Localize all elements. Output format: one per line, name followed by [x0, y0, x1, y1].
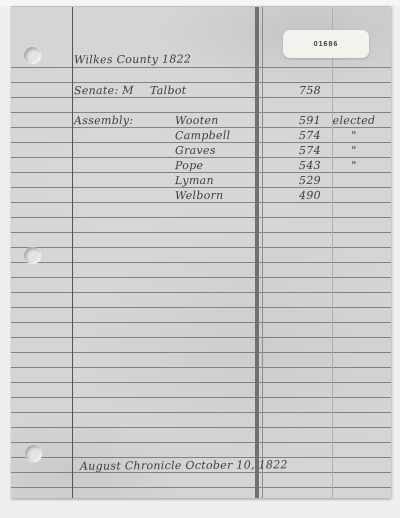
assembly-row: Pope 543 " — [11, 159, 391, 172]
candidate-name: Pope — [175, 159, 203, 172]
senate-row: Senate: M Talbot 758 — [11, 84, 391, 97]
assembly-row: Campbell 574 " — [11, 129, 391, 142]
senate-vote-count: 758 — [299, 84, 321, 97]
assembly-row: Assembly: Wooten 591 elected — [11, 114, 391, 127]
senate-office-label: Senate: M — [74, 84, 134, 97]
ledger-column-rule-faint — [332, 7, 333, 498]
candidate-name: Lyman — [175, 174, 214, 187]
vote-count: 574 — [299, 129, 321, 142]
assembly-row: Welborn 490 — [11, 189, 391, 202]
source-citation: August Chronicle October 10, 1822 — [80, 458, 288, 472]
ditto-mark: " — [330, 129, 378, 142]
candidate-name: Graves — [175, 144, 216, 157]
source-row: August Chronicle October 10, 1822 — [11, 459, 391, 472]
left-margin-line — [72, 7, 73, 498]
vote-count: 574 — [299, 144, 321, 157]
punch-hole-middle — [24, 247, 41, 264]
page-title: Wilkes County 1822 — [74, 53, 191, 67]
assembly-row: Graves 574 " — [11, 144, 391, 157]
title-row: Wilkes County 1822 — [11, 53, 391, 66]
scan-background: 01686 Wilkes County 1822 Senate: M Talbo… — [0, 0, 400, 518]
vote-count: 543 — [299, 159, 321, 172]
candidate-name: Welborn — [175, 189, 224, 202]
vote-count: 529 — [299, 174, 321, 187]
notebook-page: 01686 Wilkes County 1822 Senate: M Talbo… — [11, 6, 391, 498]
ditto-mark: " — [330, 159, 378, 172]
ledger-column-rule-thin — [262, 7, 263, 498]
vote-count: 490 — [299, 189, 321, 202]
archival-number: 01686 — [314, 41, 338, 48]
assembly-row: Lyman 529 — [11, 174, 391, 187]
ditto-mark: " — [330, 144, 378, 157]
assembly-office-label: Assembly: — [74, 114, 133, 127]
elected-note: elected — [330, 114, 378, 127]
candidate-name: Campbell — [175, 129, 231, 142]
vote-count: 591 — [299, 114, 321, 127]
senate-candidate-name: Talbot — [150, 84, 187, 97]
ledger-column-rule-heavy — [255, 7, 259, 498]
candidate-name: Wooten — [175, 114, 219, 127]
